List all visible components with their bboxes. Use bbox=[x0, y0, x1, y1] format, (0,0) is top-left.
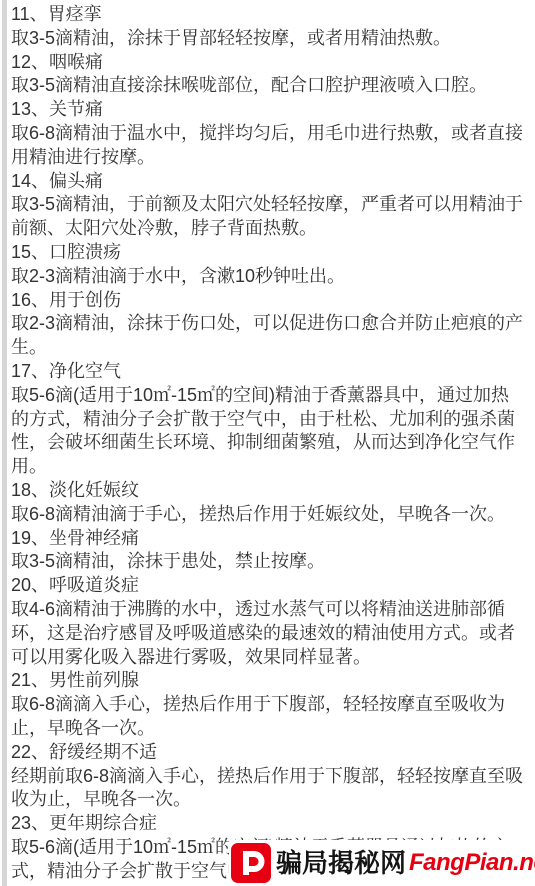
item-title: 15、口腔溃疡 bbox=[11, 241, 527, 265]
item-body: 取6-8滴精油于温水中，搅拌均匀后，用毛巾进行热敷，或者直接用精油进行按摩。 bbox=[11, 122, 527, 170]
list-item: 17、净化空气 取5-6滴(适用于10㎡-15㎡的空间)精油于香薰器具中，通过加… bbox=[11, 360, 527, 479]
list-item: 18、淡化妊娠纹 取6-8滴精油滴于手心，搓热后作用于妊娠纹处，早晚各一次。 bbox=[11, 479, 527, 527]
list-item: 20、呼吸道炎症 取4-6滴精油于沸腾的水中，透过水蒸气可以将精油送进肺部循环，… bbox=[11, 574, 527, 669]
item-body: 取3-5滴精油，涂抹于胃部轻轻按摩，或者用精油热敷。 bbox=[11, 27, 527, 51]
page-left-margin-strip bbox=[2, 0, 7, 886]
watermark-site-name: 骗局揭秘网 bbox=[276, 850, 406, 876]
item-body: 取2-3滴精油，涂抹于伤口处，可以促进伤口愈合并防止疤痕的产生。 bbox=[11, 312, 527, 360]
item-body: 取4-6滴精油于沸腾的水中，透过水蒸气可以将精油送进肺部循环，这是治疗感冒及呼吸… bbox=[11, 598, 527, 669]
fangpian-watermark: 骗局揭秘网 FangPian.net bbox=[229, 840, 535, 886]
item-body: 取3-5滴精油直接涂抹喉咙部位，配合口腔护理液喷入口腔。 bbox=[11, 74, 527, 98]
item-title: 23、更年期综合症 bbox=[11, 812, 527, 836]
item-body: 取5-6滴(适用于10㎡-15㎡的空间)精油于香薰器具中，通过加热的方式，精油分… bbox=[11, 384, 527, 479]
item-title: 13、关节痛 bbox=[11, 98, 527, 122]
item-body: 取3-5滴精油，涂抹于患处，禁止按摩。 bbox=[11, 550, 527, 574]
item-title: 18、淡化妊娠纹 bbox=[11, 479, 527, 503]
list-item: 13、关节痛 取6-8滴精油于温水中，搅拌均匀后，用毛巾进行热敷，或者直接用精油… bbox=[11, 98, 527, 169]
item-body: 取3-5滴精油，于前额及太阳穴处轻轻按摩，严重者可以用精油于前额、太阳穴处冷敷，… bbox=[11, 193, 527, 241]
list-item: 14、偏头痛 取3-5滴精油，于前额及太阳穴处轻轻按摩，严重者可以用精油于前额、… bbox=[11, 170, 527, 241]
list-item: 11、胃痉挛 取3-5滴精油，涂抹于胃部轻轻按摩，或者用精油热敷。 bbox=[11, 3, 527, 51]
item-body: 经期前取6-8滴滴入手心，搓热后作用于下腹部，轻轻按摩直至吸收为止，早晚各一次。 bbox=[11, 765, 527, 813]
item-title: 17、净化空气 bbox=[11, 360, 527, 384]
item-title: 14、偏头痛 bbox=[11, 170, 527, 194]
list-item: 21、男性前列腺 取6-8滴滴入手心，搓热后作用于下腹部，轻轻按摩直至吸收为止，… bbox=[11, 669, 527, 740]
fangpian-logo-icon bbox=[231, 843, 271, 883]
watermark-site-domain: FangPian.net bbox=[409, 851, 535, 875]
list-item: 16、用于创伤 取2-3滴精油，涂抹于伤口处，可以促进伤口愈合并防止疤痕的产生。 bbox=[11, 289, 527, 360]
list-item: 12、咽喉痛 取3-5滴精油直接涂抹喉咙部位，配合口腔护理液喷入口腔。 bbox=[11, 51, 527, 99]
item-title: 12、咽喉痛 bbox=[11, 51, 527, 75]
item-title: 11、胃痉挛 bbox=[11, 3, 527, 27]
item-body: 取6-8滴精油滴于手心，搓热后作用于妊娠纹处，早晚各一次。 bbox=[11, 503, 527, 527]
list-item: 22、舒缓经期不适 经期前取6-8滴滴入手心，搓热后作用于下腹部，轻轻按摩直至吸… bbox=[11, 741, 527, 812]
item-title: 21、男性前列腺 bbox=[11, 669, 527, 693]
item-body: 取6-8滴滴入手心，搓热后作用于下腹部，轻轻按摩直至吸收为止，早晚各一次。 bbox=[11, 693, 527, 741]
list-item: 19、坐骨神经痛 取3-5滴精油，涂抹于患处，禁止按摩。 bbox=[11, 527, 527, 575]
list-item: 15、口腔溃疡 取2-3滴精油滴于水中，含漱10秒钟吐出。 bbox=[11, 241, 527, 289]
item-title: 20、呼吸道炎症 bbox=[11, 574, 527, 598]
essential-oil-uses-list: 11、胃痉挛 取3-5滴精油，涂抹于胃部轻轻按摩，或者用精油热敷。 12、咽喉痛… bbox=[11, 3, 527, 883]
item-title: 19、坐骨神经痛 bbox=[11, 527, 527, 551]
item-title: 16、用于创伤 bbox=[11, 289, 527, 313]
item-title: 22、舒缓经期不适 bbox=[11, 741, 527, 765]
item-body: 取2-3滴精油滴于水中，含漱10秒钟吐出。 bbox=[11, 265, 527, 289]
